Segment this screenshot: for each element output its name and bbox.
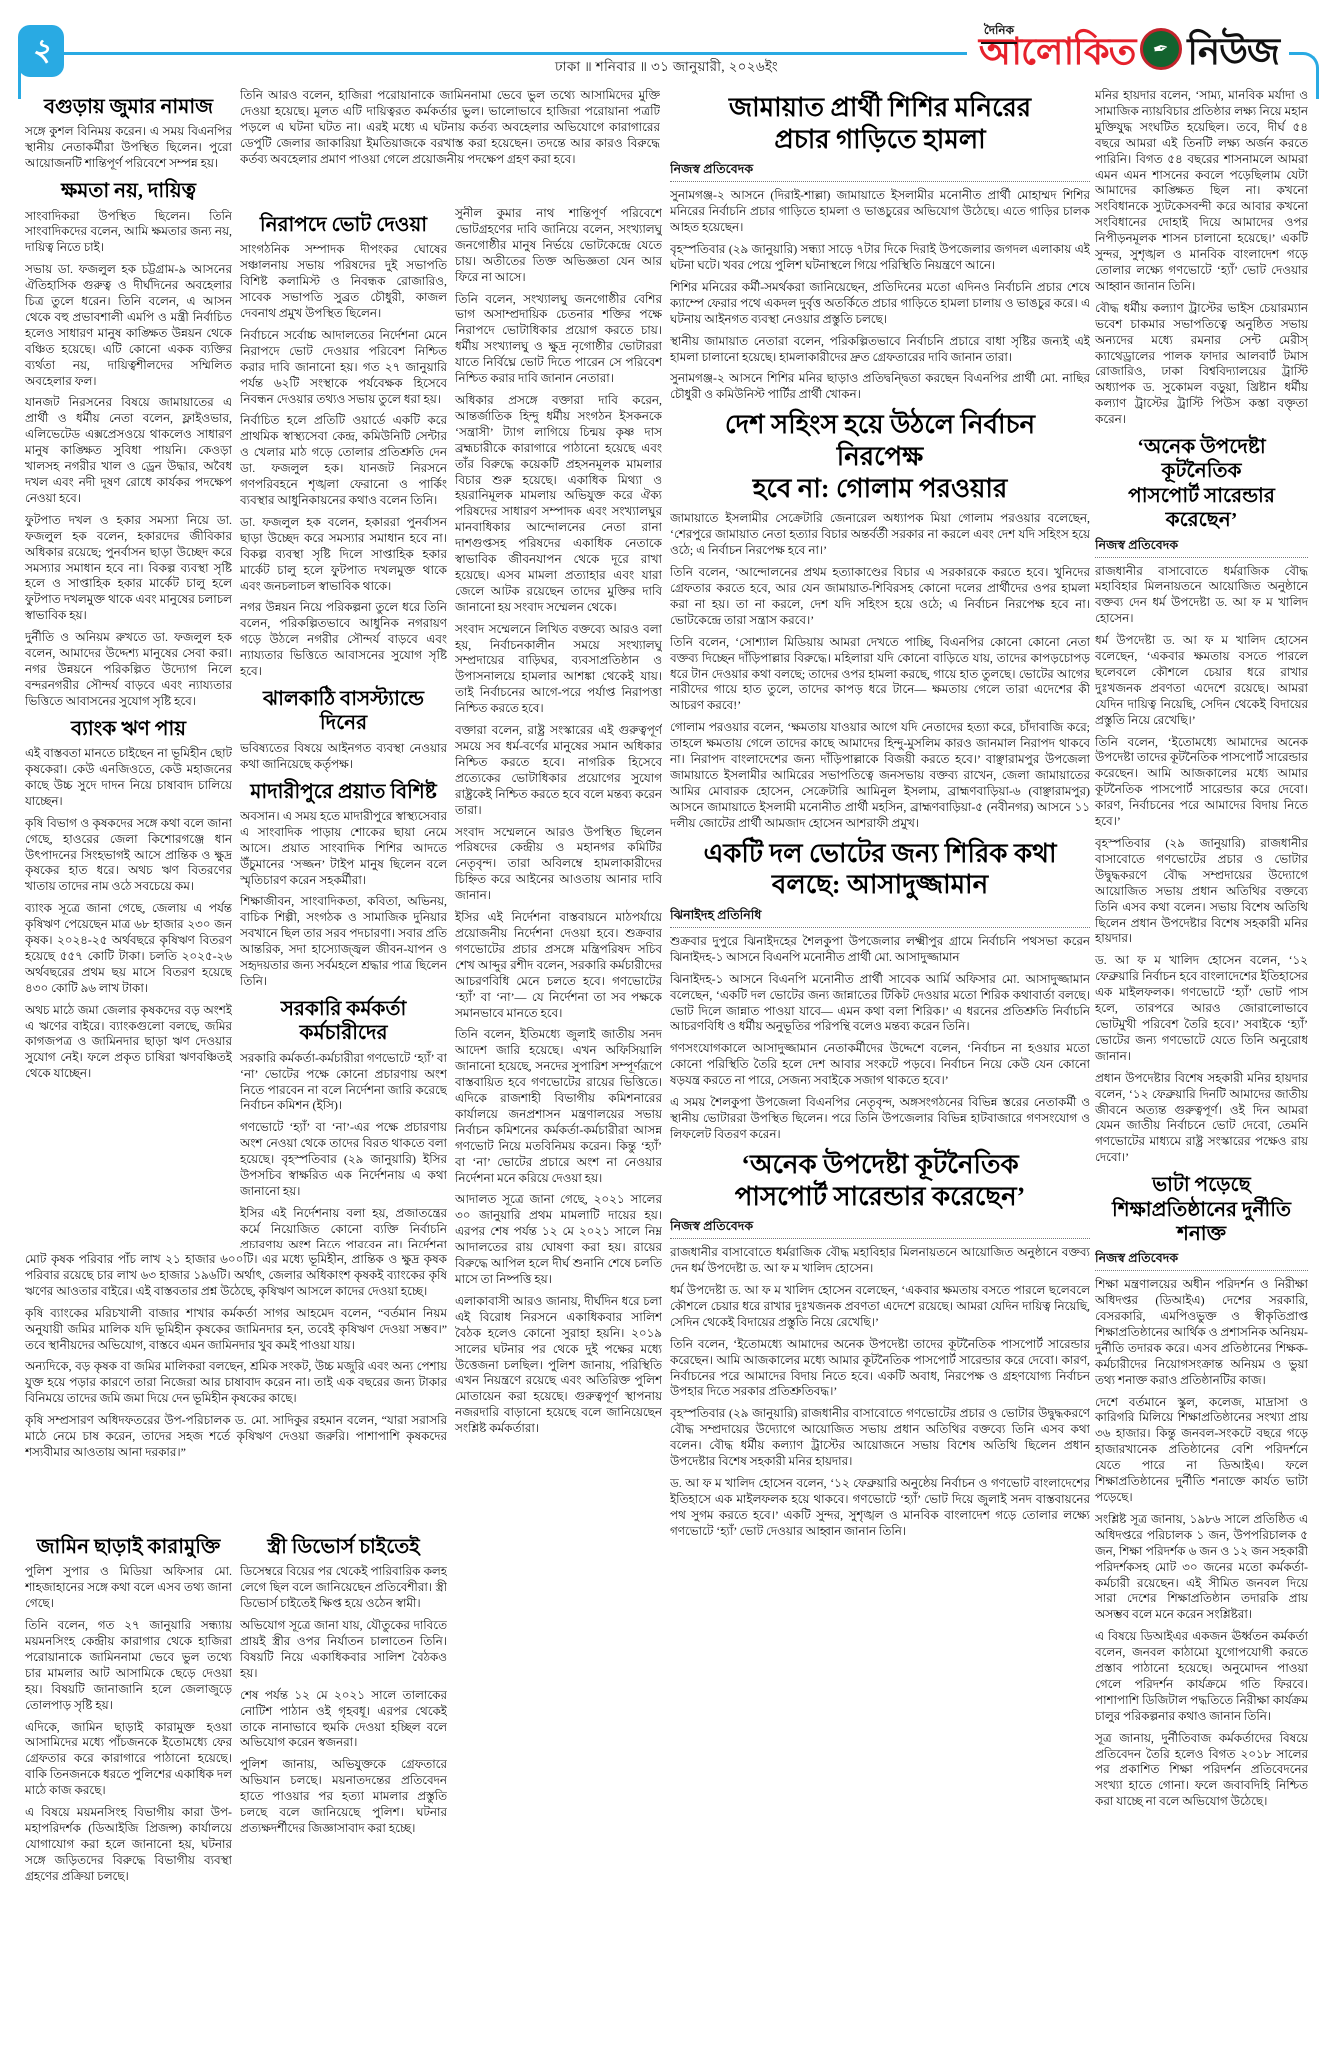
paragraph: অথচ মাঠে জমা জেলার কৃষকদের বড় অংশই এ ঋণ…: [25, 1003, 232, 1083]
paragraph: তিনি বলেন, গত ২৭ জানুয়ারি সন্ধ্যায় ময়…: [25, 1618, 232, 1713]
paragraph: বৃহস্পতিবার (২৯ জানুয়ারি) সন্ধ্যা সাড়ে…: [670, 242, 1090, 274]
paragraph: কৃষি সম্প্রসারণ অধিদফতরের উপ-পরিচালক ড. …: [25, 1413, 447, 1461]
paragraph: ঝিনাইদহ-১ আসনে বিএনপি মনোনীত প্রার্থী সা…: [670, 972, 1090, 1036]
paragraph: সংশ্লিষ্ট সূত্র জানায়, ১৯৮৬ সালে প্রতিষ…: [1095, 1512, 1308, 1623]
paragraph: ইসির এই নির্দেশনায় বলা হয়, প্রজাতন্ত্র…: [240, 1206, 447, 1248]
paragraph: রাজধানীর বাসাবোতে ধর্মরাজিক বৌদ্ধ মহাবিহ…: [670, 1245, 1090, 1277]
paragraph: অবসান। এ সময় হতে মাদারীপুরে স্বাস্থ্যসে…: [240, 809, 447, 889]
headline: স্ত্রী ডিভোর্স চাইতেই: [240, 1535, 447, 1559]
byline: নিজস্ব প্রতিবেদক: [670, 1219, 1090, 1239]
paragraph: তিনি বলেন, ইতিমধ্যে জুলাই জাতীয় সনদ আদে…: [455, 1027, 662, 1186]
paragraph: এদিকে, জামিন ছাড়াই কারামুক্ত হওয়া আসাম…: [25, 1720, 232, 1800]
headline: ক্ষমতা নয়, দায়িত্ব: [25, 179, 232, 203]
paragraph: ডা. ফজলুল হক বলেন, হকাররা পুনর্বাসন ছাড়…: [240, 515, 447, 595]
paragraph: শেষ পর্যন্ত ১২ মে ২০২১ সালে তালাকের নোটি…: [240, 1688, 447, 1752]
paragraph: শিক্ষা মন্ত্রণালয়ের অধীন পরিদর্শন ও নির…: [1095, 1277, 1308, 1388]
paragraph: ডিসেম্বরে বিয়ের পর থেকেই পারিবারিক কলহ …: [240, 1564, 447, 1612]
paragraph: বৃহস্পতিবার (২৯ জানুয়ারি) রাজধানীর বাসা…: [670, 1406, 1090, 1470]
paragraph: শিশির মনিরের কর্মী-সমর্থকরা জানিয়েছেন, …: [670, 280, 1090, 328]
paragraph: গণসংযোগকালে আসাদুজ্জামান নেতাকর্মীদের উদ…: [670, 1041, 1090, 1089]
paragraph: দুর্নীতি ও অনিয়ম রুখতে ডা. ফজলুল হক বলে…: [25, 630, 232, 710]
headline: বগুড়ায় জুমার নামাজ: [25, 95, 232, 119]
paragraph: সাংগঠনিক সম্পাদক দীপংকর ঘোষের সঞ্চালনায়…: [240, 242, 447, 322]
paragraph: আদালত সূত্রে জানা গেছে, ২০২১ সালের ৩০ জা…: [455, 1192, 662, 1287]
newspaper-page: ২ ঢাকা ॥ শনিবার ॥ ৩১ জানুয়ারী, ২০২৬ইং দ…: [0, 0, 1333, 2047]
page-number: ২: [31, 36, 51, 66]
paragraph: তিনি আরও বলেন, হাজিরা পরোয়ানাকে জামিননা…: [240, 88, 660, 168]
paragraph: প্রধান উপদেষ্টার বিশেষ সহকারী মনির হায়দ…: [1095, 1071, 1308, 1166]
paragraph: নির্বাচিত হলে প্রতিটি ওয়ার্ডে একটি করে …: [240, 413, 447, 508]
headline: ঝালকাঠি বাসস্ট্যান্ডে দিনের: [240, 687, 447, 736]
column-1-bottom: জামিন ছাড়াই কারামুক্তিপুলিশ সুপার ও মিড…: [25, 1528, 232, 2038]
paragraph: বৌদ্ধ ধর্মীয় কল্যাণ ট্রাস্টের ভাইস চেয়…: [1095, 301, 1308, 428]
paragraph: এই বাস্তবতা মানতে চাইছেন না ভূমিহীন ছোট …: [25, 746, 232, 810]
byline: ঝিনাইদহ প্রতিনিধি: [670, 908, 1090, 928]
paragraph: অভিযোগ সূত্রে জানা যায়, যৌতুকের দাবিতে …: [240, 1618, 447, 1682]
paragraph: সভায় ডা. ফজলুল হক চট্টগ্রাম-৯ আসনের ঐতি…: [25, 262, 232, 389]
logo-dainik-text: দৈনিক: [981, 22, 1017, 44]
paragraph: যানজট নিরসনের বিষয়ে জামায়াতের এ প্রার্…: [25, 395, 232, 506]
headline: ব্যাংক ঋণ পায়: [25, 717, 232, 741]
page-number-tab: ২: [18, 25, 64, 77]
paragraph: এ বিষয়ে ময়মনসিংহ বিভাগীয় কারা উপ-মহাপ…: [25, 1805, 232, 1885]
paragraph: সংবাদ সম্মেলনে আরও উপস্থিত ছিলেন পরিষদের…: [455, 825, 662, 905]
paragraph: সরকারি কর্মকর্তা-কর্মচারীরা গণভোটে ‘হ্যা…: [240, 1051, 447, 1115]
column-6: মনির হায়দার বলেন, ‘সাম্য, মানবিক মর্যাদ…: [1095, 88, 1308, 2038]
paragraph: গণভোটে ‘হ্যাঁ’ বা ‘না’-এর পক্ষে প্রচারণা…: [240, 1120, 447, 1200]
paragraph: সুনামগঞ্জ-২ আসনে (দিরাই-শাল্লা) জামায়াত…: [670, 188, 1090, 236]
paragraph: অন্যদিকে, বড় কৃষক বা জমির মালিকরা বলছেন…: [25, 1359, 447, 1407]
paragraph: কৃষি ব্যাংকের মরিচখালী বাজার শাখার কর্মক…: [25, 1306, 447, 1354]
paragraph: সুনীল কুমার নাথ শান্তিপূর্ণ পরিবেশে ভোটগ…: [455, 206, 662, 286]
byline: নিজস্ব প্রতিবেদক: [670, 162, 1090, 182]
paragraph: ইসির এই নির্দেশনা বাস্তবায়নে মাঠপর্যায়…: [455, 910, 662, 1021]
region-columns-4-5: জামায়াত প্রার্থী শিশির মনিরের প্রচার গা…: [670, 88, 1090, 2038]
paragraph: জামায়াতে ইসলামীর সেক্রেটারি জেনারেল অধ্…: [670, 511, 1090, 559]
paragraph: ধর্ম উপদেষ্টা ড. আ ফ ম খালিদ হোসেন বলেছে…: [1095, 633, 1308, 728]
byline: নিজস্ব প্রতিবেদক: [1095, 1251, 1308, 1271]
paragraph: সঙ্গে কুশল বিনিময় করেন। এ সময় বিএনপির …: [25, 124, 232, 172]
headline: একটি দল ভোটের জন্য শিরিক কথা বলছে: আসাদু…: [670, 838, 1090, 901]
paragraph: ব্যাংক সূত্রে জানা গেছে, জেলায় এ পর্যন্…: [25, 901, 232, 996]
paragraph: এ সময় শৈলকুপা উপজেলা বিএনপির নেতৃবৃন্দ,…: [670, 1095, 1090, 1143]
headline: দেশ সহিংস হয়ে উঠলে নির্বাচন নিরপেক্ষ হব…: [670, 409, 1090, 504]
headline: ‘অনেক উপদেষ্টা কূটনৈতিক পাসপোর্ট সারেন্ড…: [670, 1149, 1090, 1212]
paragraph: বৃহস্পতিবার (২৯ জানুয়ারি) রাজধানীর বাসা…: [1095, 836, 1308, 947]
paragraph: সংবাদ সম্মেলনে লিখিত বক্তব্যে আরও বলা হয…: [455, 622, 662, 717]
paragraph: ড. আ ফ ম খালিদ হোসেন বলেন, ‘১২ ফেব্রুয়া…: [670, 1476, 1090, 1540]
paragraph: মনির হায়দার বলেন, ‘সাম্য, মানবিক মর্যাদ…: [1095, 88, 1308, 295]
column-3: সুনীল কুমার নাথ শান্তিপূর্ণ পরিবেশে ভোটগ…: [455, 206, 662, 2038]
newspaper-logo: দৈনিক আলোকিত ✒ নিউজ: [967, 26, 1289, 75]
headline: জামিন ছাড়াই কারামুক্তি: [25, 1535, 232, 1559]
paragraph: সূত্র জানায়, দুর্নীতিবাজ কর্মকর্তাদের ব…: [1095, 1731, 1308, 1811]
paragraph: নগর উন্নয়ন নিয়ে পরিকল্পনা তুলে ধরে তিন…: [240, 600, 447, 680]
quill-pen-icon: ✒: [1140, 28, 1182, 70]
paragraph: পুলিশ সুপার ও মিডিয়া অফিসার মো. শাহজাহা…: [25, 1564, 232, 1612]
column-1-top: বগুড়ায় জুমার নামাজসঙ্গে কুশল বিনিময় ক…: [25, 88, 232, 1248]
paragraph: এলাকাবাসী আরও জানায়, দীর্ঘদিন ধরে চলা এ…: [455, 1294, 662, 1437]
paragraph: বক্তারা বলেন, রাষ্ট্র সংস্কারের এই গুরুত…: [455, 723, 662, 818]
paragraph: এ বিষয়ে ডিআইএর একজন ঊর্ধ্বতন কর্মকর্তা …: [1095, 1629, 1308, 1724]
paragraph: পুলিশ জানায়, অভিযুক্তকে গ্রেফতারে অভিযা…: [240, 1757, 447, 1837]
paragraph: শুক্রবার দুপুরে ঝিনাইদহের শৈলকুপা উপজেলা…: [670, 934, 1090, 966]
logo-news-text: নিউজ: [1187, 34, 1279, 71]
paragraph: রাজধানীর বাসাবোতে ধর্মরাজিক বৌদ্ধ মহাবিহ…: [1095, 564, 1308, 628]
headline: ‘অনেক উপদেষ্টা কূটনৈতিক পাসপোর্ট সারেন্ড…: [1095, 435, 1308, 533]
paragraph: দেশে বর্তমানে স্কুল, কলেজ, মাদ্রাসা ও কা…: [1095, 1395, 1308, 1506]
byline: নিজস্ব প্রতিবেদক: [1095, 538, 1308, 558]
headline: নিরাপদে ভোট দেওয়া: [240, 213, 447, 237]
paragraph: তিনি বলেন, ‘ইতোমধ্যে আমাদের অনেক উপদেষ্ট…: [1095, 735, 1308, 830]
paragraph: মোট কৃষক পরিবার পাঁচ লাখ ২১ হাজার ৬০০টি।…: [25, 1252, 447, 1300]
paragraph: স্থানীয় জামায়াত নেতারা বলেন, পরিকল্পিত…: [670, 334, 1090, 366]
paragraph: নির্বাচনে সর্বোচ্চ আদালতের নির্দেশনা মেন…: [240, 328, 447, 408]
wide-block-columns-1-2-bottom: মোট কৃষক পরিবার পাঁচ লাখ ২১ হাজার ৬০০টি।…: [25, 1252, 447, 1522]
paragraph: সাংবাদিকরা উপস্থিত ছিলেন। তিনি সাংবাদিকদ…: [25, 209, 232, 257]
paragraph: ড. আ ফ ম খালিদ হোসেন বলেন, ‘১২ ফেব্রুয়া…: [1095, 953, 1308, 1064]
headline: ভাটা পড়েছে শিক্ষাপ্রতিষ্ঠানের দুর্নীতি …: [1095, 1173, 1308, 1246]
paragraph: কৃষি বিভাগ ও কৃষকদের সঙ্গে কথা বলে জানা …: [25, 816, 232, 896]
paragraph: ধর্ম উপদেষ্টা ড. আ ফ ম খালিদ হোসেন বলেছে…: [670, 1283, 1090, 1331]
column-2: নিরাপদে ভোট দেওয়াসাংগঠনিক সম্পাদক দীপংক…: [240, 206, 447, 1248]
paragraph: তিনি বলেন, ‘আন্দোলনের প্রথম হত্যাকাণ্ডের…: [670, 565, 1090, 629]
column-2-bottom: স্ত্রী ডিভোর্স চাইতেইডিসেম্বরে বিয়ের পর…: [240, 1528, 447, 2038]
wide-block-columns-2-3-top: তিনি আরও বলেন, হাজিরা পরোয়ানাকে জামিননা…: [240, 88, 660, 202]
paragraph: ভবিষ্যতের বিষয়ে আইনগত ব্যবস্থা নেওয়ার …: [240, 741, 447, 773]
paragraph: শিক্ষাজীবন, সাংবাদিকতা, কবিতা, অভিনয়, ব…: [240, 894, 447, 989]
paragraph: তিনি বলেন, ‘সোশ্যাল মিডিয়ায় আমরা দেখতে…: [670, 635, 1090, 715]
paragraph: অধিকার প্রসঙ্গে বক্তারা দাবি করেন, আন্তর…: [455, 393, 662, 616]
paragraph: সুনামগঞ্জ-২ আসনে শিশির মনির ছাড়াও প্রতি…: [670, 371, 1090, 403]
paragraph: ফুটপাত দখল ও হকার সমস্যা নিয়ে ডা. ফজলুল…: [25, 513, 232, 624]
paragraph: তিনি বলেন, ‘ইতোমধ্যে আমাদের অনেক উপদেষ্ট…: [670, 1337, 1090, 1401]
headline: সরকারি কর্মকর্তা কর্মচারীদের: [240, 997, 447, 1046]
headline: মাদারীপুরে প্রয়াত বিশিষ্ট: [240, 780, 447, 804]
headline: জামায়াত প্রার্থী শিশির মনিরের প্রচার গা…: [670, 92, 1090, 155]
paragraph: তিনি বলেন, সংখ্যালঘু জনগোষ্ঠীর বেশির ভাগ…: [455, 292, 662, 387]
paragraph: গোলাম পরওয়ার বলেন, ‘ক্ষমতায় যাওয়ার আগ…: [670, 720, 1090, 831]
